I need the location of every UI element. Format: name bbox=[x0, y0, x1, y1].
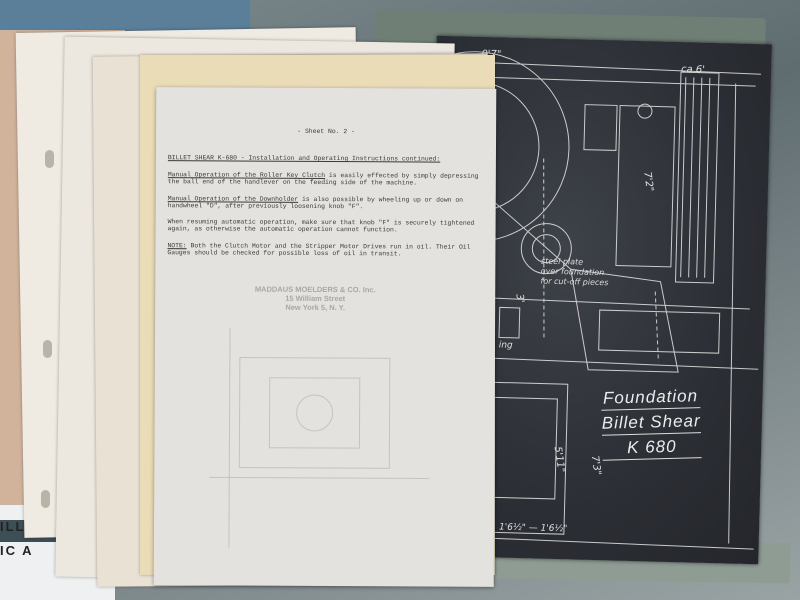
dimension-top-right: ca 6' bbox=[681, 64, 705, 76]
paragraph-downholder: Manual Operation of the Downholder is al… bbox=[168, 195, 488, 211]
blueprint-title: Foundation Billet Shear K 680 bbox=[601, 385, 702, 463]
note-paragraph: NOTE: Both the Clutch Motor and the Stri… bbox=[167, 242, 487, 258]
company-stamp: MADDAUS MOELDERS & CO. Inc. 15 William S… bbox=[240, 285, 390, 313]
punch-hole bbox=[43, 340, 52, 358]
paragraph-resume: When resuming automatic operation, make … bbox=[168, 218, 488, 234]
typed-instruction-sheet: - Sheet No. 2 - BILLET SHEAR K-680 - Ins… bbox=[154, 87, 497, 587]
dimension-bottom: 1'6½" — 1'6½" bbox=[499, 523, 568, 535]
punch-hole bbox=[45, 150, 54, 168]
paragraph-clutch: Manual Operation of the Roller Key Clutc… bbox=[168, 171, 488, 187]
steel-plate-note: steel plate over foundation for cut-off … bbox=[540, 257, 609, 289]
label-fragment: ing bbox=[499, 340, 513, 350]
sheet-number: - Sheet No. 2 - bbox=[156, 127, 496, 136]
faint-sketch bbox=[209, 317, 430, 558]
sheet-heading: BILLET SHEAR K-680 - Installation and Op… bbox=[168, 154, 440, 163]
punch-hole bbox=[41, 490, 50, 508]
dimension-height-mid: 3' bbox=[513, 293, 525, 304]
